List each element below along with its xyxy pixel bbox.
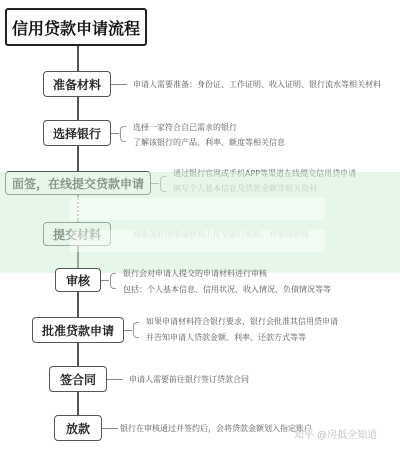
watermark-text-block bbox=[70, 230, 325, 252]
step-node-sign-contract: 签合同 bbox=[49, 366, 107, 392]
connector-line bbox=[102, 428, 118, 429]
step-node-prepare-materials: 准备材料 bbox=[43, 71, 111, 97]
step-label: 批准贷款申请 bbox=[42, 322, 114, 339]
step-label: 选择银行 bbox=[53, 125, 101, 142]
step-detail: 申请人需要准备：身份证、工作证明、收入证明、银行流水等相关材料 bbox=[133, 79, 381, 90]
connector-line bbox=[101, 280, 109, 281]
step-detail: 包括：个人基本信息、信用状况、收入情况、负债情况等等 bbox=[123, 284, 331, 295]
connector-line bbox=[107, 379, 123, 380]
step-node-choose-bank: 选择银行 bbox=[43, 120, 111, 146]
step-detail: 申请人需要前往银行签订贷款合同 bbox=[129, 374, 249, 385]
watermark-overlay bbox=[0, 172, 400, 273]
step-detail: 了解该银行的产品、利率、额度等相关信息 bbox=[133, 137, 285, 148]
step-detail: 银行会对申请人提交的申请材料进行审核 bbox=[123, 268, 267, 279]
connector-line bbox=[124, 330, 132, 331]
step-label: 签合同 bbox=[60, 371, 96, 388]
step-node-approve-loan: 批准贷款申请 bbox=[32, 317, 124, 343]
step-node-disburse: 放款 bbox=[54, 415, 102, 441]
step-detail: 银行在审核通过并签约后，会将贷款金额划入指定账户 bbox=[120, 423, 312, 434]
connector-line bbox=[111, 84, 127, 85]
step-node-review: 审核 bbox=[55, 268, 101, 292]
diagram-title: 信用贷款申请流程 bbox=[5, 8, 147, 46]
step-label: 审核 bbox=[66, 272, 90, 289]
watermark-text-block bbox=[70, 198, 325, 220]
step-label: 放款 bbox=[66, 420, 90, 437]
detail-brace bbox=[110, 273, 116, 289]
spine-connector bbox=[77, 46, 79, 171]
step-detail: 选择一家符合自己需求的银行 bbox=[133, 122, 237, 133]
footer-watermark: 知乎 @房抵全知道 bbox=[294, 426, 377, 441]
detail-brace bbox=[120, 126, 126, 142]
connector-line bbox=[111, 133, 119, 134]
step-detail: 并告知申请人贷款金额、利率、还款方式等等 bbox=[146, 332, 306, 343]
detail-brace bbox=[133, 322, 139, 338]
step-detail: 如果申请材料符合银行要求，银行会批准其信用贷申请 bbox=[146, 316, 338, 327]
step-label: 准备材料 bbox=[53, 76, 101, 93]
